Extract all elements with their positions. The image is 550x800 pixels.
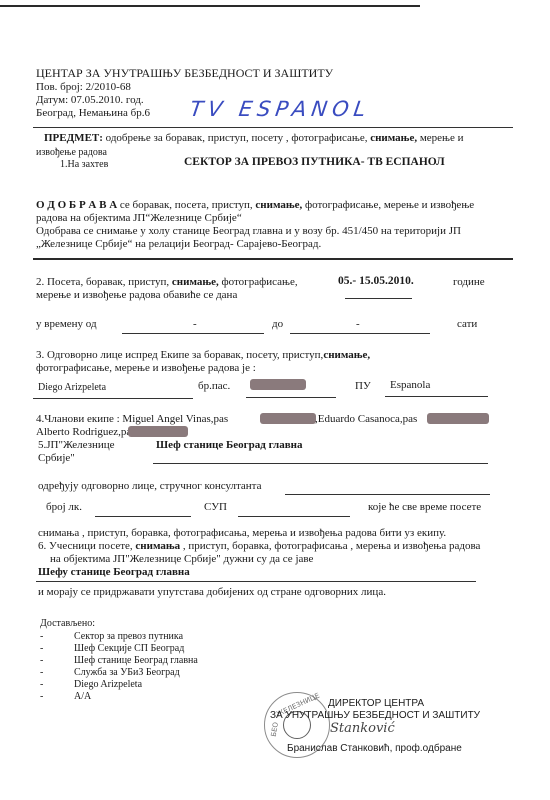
scan-edge-line bbox=[0, 5, 420, 7]
pu-value: Espanola bbox=[390, 379, 430, 392]
time-to-label: до bbox=[272, 318, 283, 331]
section6-line-4: и морају се придржавати упутстава добије… bbox=[38, 586, 386, 599]
approval-line-2: радова на објектима ЈП“Железнице Србије“ bbox=[36, 212, 242, 225]
reference-number: Пов. број: 2/2010-68 bbox=[36, 81, 131, 94]
approval-line-3: Одобрава се снимање у холу станице Беогр… bbox=[36, 225, 461, 238]
section6-line-2: на објектима ЈП"Железнице Србије" дужни … bbox=[50, 553, 313, 566]
approval-line-4: „Железнице Србије“ на релацији Београд- … bbox=[36, 238, 321, 251]
section6-bold: снимања bbox=[135, 540, 180, 552]
station-chief-underline bbox=[153, 463, 488, 464]
hours-label: сати bbox=[457, 318, 477, 331]
person-underline bbox=[33, 398, 193, 399]
handwritten-annotation: TV ESPANOL bbox=[189, 103, 371, 116]
section3-bold: снимање, bbox=[323, 349, 370, 361]
divider bbox=[33, 127, 513, 128]
redacted-passport bbox=[427, 413, 489, 424]
team-members-line-1: 4.Чланови екипе : Miguel Angel Vinas,pas bbox=[36, 413, 228, 426]
section5-line-4: снимања , приступ, боравка, фотографисањ… bbox=[38, 527, 446, 540]
approval-line-1: О Д О Б Р А В А се боравак, посета, прис… bbox=[36, 199, 474, 212]
time-from-underline bbox=[122, 333, 264, 334]
visit-dates: 05.- 15.05.2010. bbox=[338, 275, 414, 288]
redacted-passport bbox=[250, 379, 306, 390]
org-title: ЦЕНТАР ЗА УНУТРАШЊУ БЕЗБЕДНОСТ И ЗАШТИТУ bbox=[36, 67, 333, 80]
section2-text: 2. Посета, боравак, приступ, bbox=[36, 276, 172, 288]
subject-text-tail: мерење и bbox=[417, 132, 463, 144]
approval-text-tail: фотографисање, мерење и извођење bbox=[302, 199, 474, 211]
approval-label: О Д О Б Р А В А bbox=[36, 199, 117, 211]
section6-line-3: Шефу станице Београд главна bbox=[38, 566, 190, 579]
redacted-passport bbox=[260, 413, 316, 424]
redacted-passport bbox=[128, 426, 188, 437]
handwritten-signature: Stanković bbox=[330, 722, 395, 735]
approval-text: се боравак, посета, приступ, bbox=[117, 199, 255, 211]
sup-label: СУП bbox=[204, 501, 227, 514]
section5-label-1: 5.ЈП"Железнице bbox=[38, 439, 115, 452]
subject-line: ПРЕДМЕТ: одобрење за боравак, приступ, п… bbox=[44, 132, 464, 145]
time-to-value: - bbox=[356, 318, 360, 331]
section6-text: 6. Учесници посете, bbox=[38, 540, 135, 552]
passport-underline bbox=[246, 397, 336, 398]
section5-line-3-tail: које ће све време посете bbox=[368, 501, 481, 514]
list-bullet: - bbox=[40, 690, 43, 703]
document-date: Датум: 07.05.2010. год. bbox=[36, 94, 144, 107]
time-from-label: у времену од bbox=[36, 318, 97, 331]
consultant-underline bbox=[285, 494, 490, 495]
station-chief: Шеф станице Београд главна bbox=[156, 439, 303, 452]
requester: СЕКТОР ЗА ПРЕВОЗ ПУТНИКА- ТВ ЕСПАНОЛ bbox=[184, 156, 445, 169]
address: Београд, Немањина бр.6 bbox=[36, 107, 150, 120]
section5-label-2: Србије" bbox=[38, 452, 75, 465]
delivered-title: Достављено: bbox=[40, 617, 95, 630]
pu-label: ПУ bbox=[355, 380, 371, 393]
section5-line-2: одређују одговорно лице, стручног консул… bbox=[38, 480, 262, 493]
section2-line-2: мерење и извођење радова обавиће се дана bbox=[36, 289, 237, 302]
section3-line-1: 3. Одговорно лице испред Екипе за борава… bbox=[36, 349, 370, 362]
team-member-2: ,Eduardo Casanoca,pas bbox=[315, 413, 417, 426]
pu-underline bbox=[385, 396, 488, 397]
section2-bold: снимање, bbox=[172, 276, 219, 288]
time-to-underline bbox=[290, 333, 430, 334]
section6-underline bbox=[36, 581, 476, 582]
sup-underline bbox=[238, 516, 350, 517]
divider bbox=[33, 258, 513, 260]
section2-line-1: 2. Посета, боравак, приступ, снимање, фо… bbox=[36, 276, 298, 289]
section3-text: 3. Одговорно лице испред Екипе за борава… bbox=[36, 349, 323, 361]
section3-line-2: фотографисање, мерење и извођење радова … bbox=[36, 362, 256, 375]
stamp-side-text: БЕО bbox=[268, 721, 283, 738]
subject-bold: снимање, bbox=[370, 132, 417, 144]
team-members-line-2: Alberto Rodriguez,pas bbox=[36, 426, 136, 439]
time-from-value: - bbox=[193, 318, 197, 331]
section6-line-1: 6. Учесници посете, снимања , приступ, б… bbox=[38, 540, 480, 553]
list-item: А/А bbox=[74, 690, 91, 703]
dates-underline bbox=[345, 298, 412, 299]
subject-text: одобрење за боравак, приступ, посету , ф… bbox=[103, 132, 370, 144]
request-label: 1.На захтев bbox=[60, 158, 108, 171]
subject-label: ПРЕДМЕТ: bbox=[44, 132, 103, 144]
id-card-label: број лк. bbox=[46, 501, 82, 514]
year-label: године bbox=[453, 276, 485, 289]
responsible-person: Diego Arizpeleta bbox=[38, 381, 106, 394]
section6-text-tail: , приступ, боравка, фотографисања , мере… bbox=[180, 540, 480, 552]
signatory-name: Бранислав Станковић, проф.одбране bbox=[287, 742, 462, 755]
passport-label: бр.пас. bbox=[198, 380, 230, 393]
section2-text-tail: фотографисање, bbox=[219, 276, 298, 288]
id-card-underline bbox=[95, 516, 191, 517]
approval-bold: снимање, bbox=[255, 199, 302, 211]
